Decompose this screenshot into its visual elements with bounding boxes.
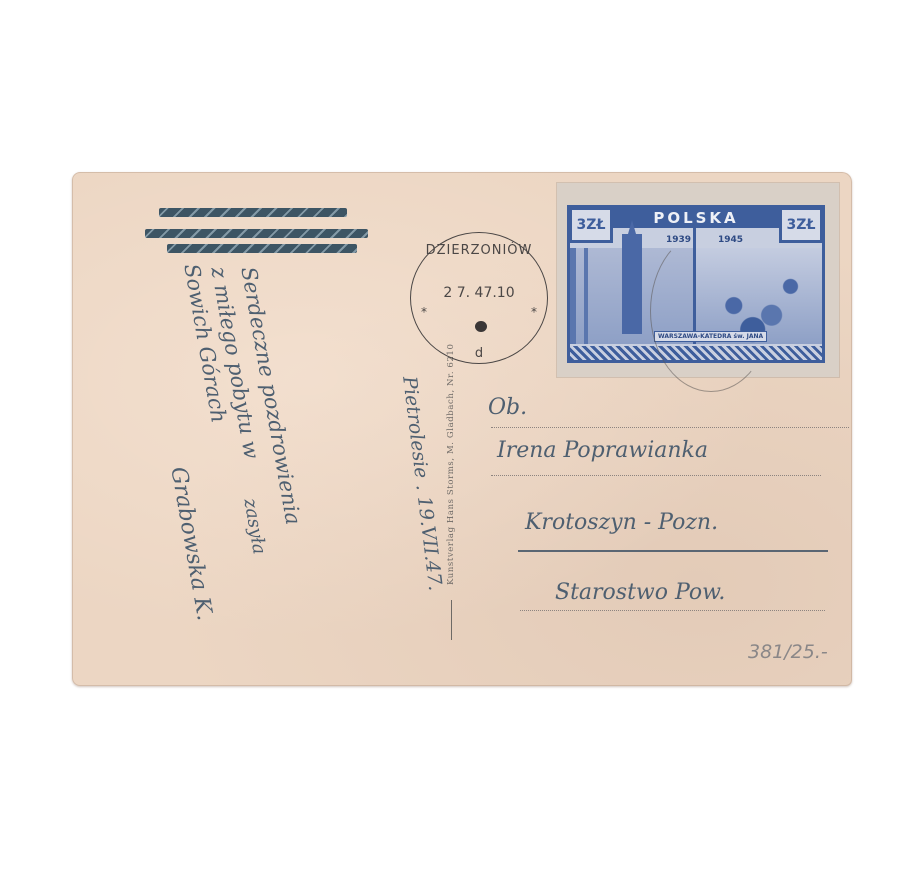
cancel-bar (159, 208, 347, 217)
postmark-date: 2 7. 47.10 (411, 285, 547, 301)
stamp-value-right: 3ZŁ (779, 207, 823, 243)
postmark-city: DZIERZONIÓW (411, 243, 547, 258)
cancel-bar (167, 244, 357, 253)
postmark-secondary (650, 230, 772, 392)
star-icon: * (531, 305, 537, 319)
ink-blot (475, 321, 487, 332)
postmark: DZIERZONIÓW 2 7. 47.10 * * d (410, 232, 548, 364)
postmark-letter: d (411, 346, 547, 361)
address-title: Ob. (488, 395, 527, 420)
cancel-bar (145, 229, 368, 238)
address-city: Krotoszyn - Pozn. (525, 510, 718, 535)
publisher-imprint: Kunstverlag Hans Storms, M. Gladbach, Nr… (446, 344, 456, 585)
cathedral-tower-icon (622, 234, 642, 334)
address-county: Starostwo Pow. (555, 580, 725, 605)
divider-line (451, 600, 452, 640)
address-line (520, 610, 825, 611)
address-name: Irena Poprawianka (497, 438, 708, 463)
address-line (491, 475, 821, 476)
star-icon: * (421, 305, 427, 319)
address-underline (518, 550, 828, 552)
address-line (491, 427, 849, 428)
stamp-value-left: 3ZŁ (569, 207, 613, 243)
pencil-price-note: 381/25.- (748, 641, 828, 663)
